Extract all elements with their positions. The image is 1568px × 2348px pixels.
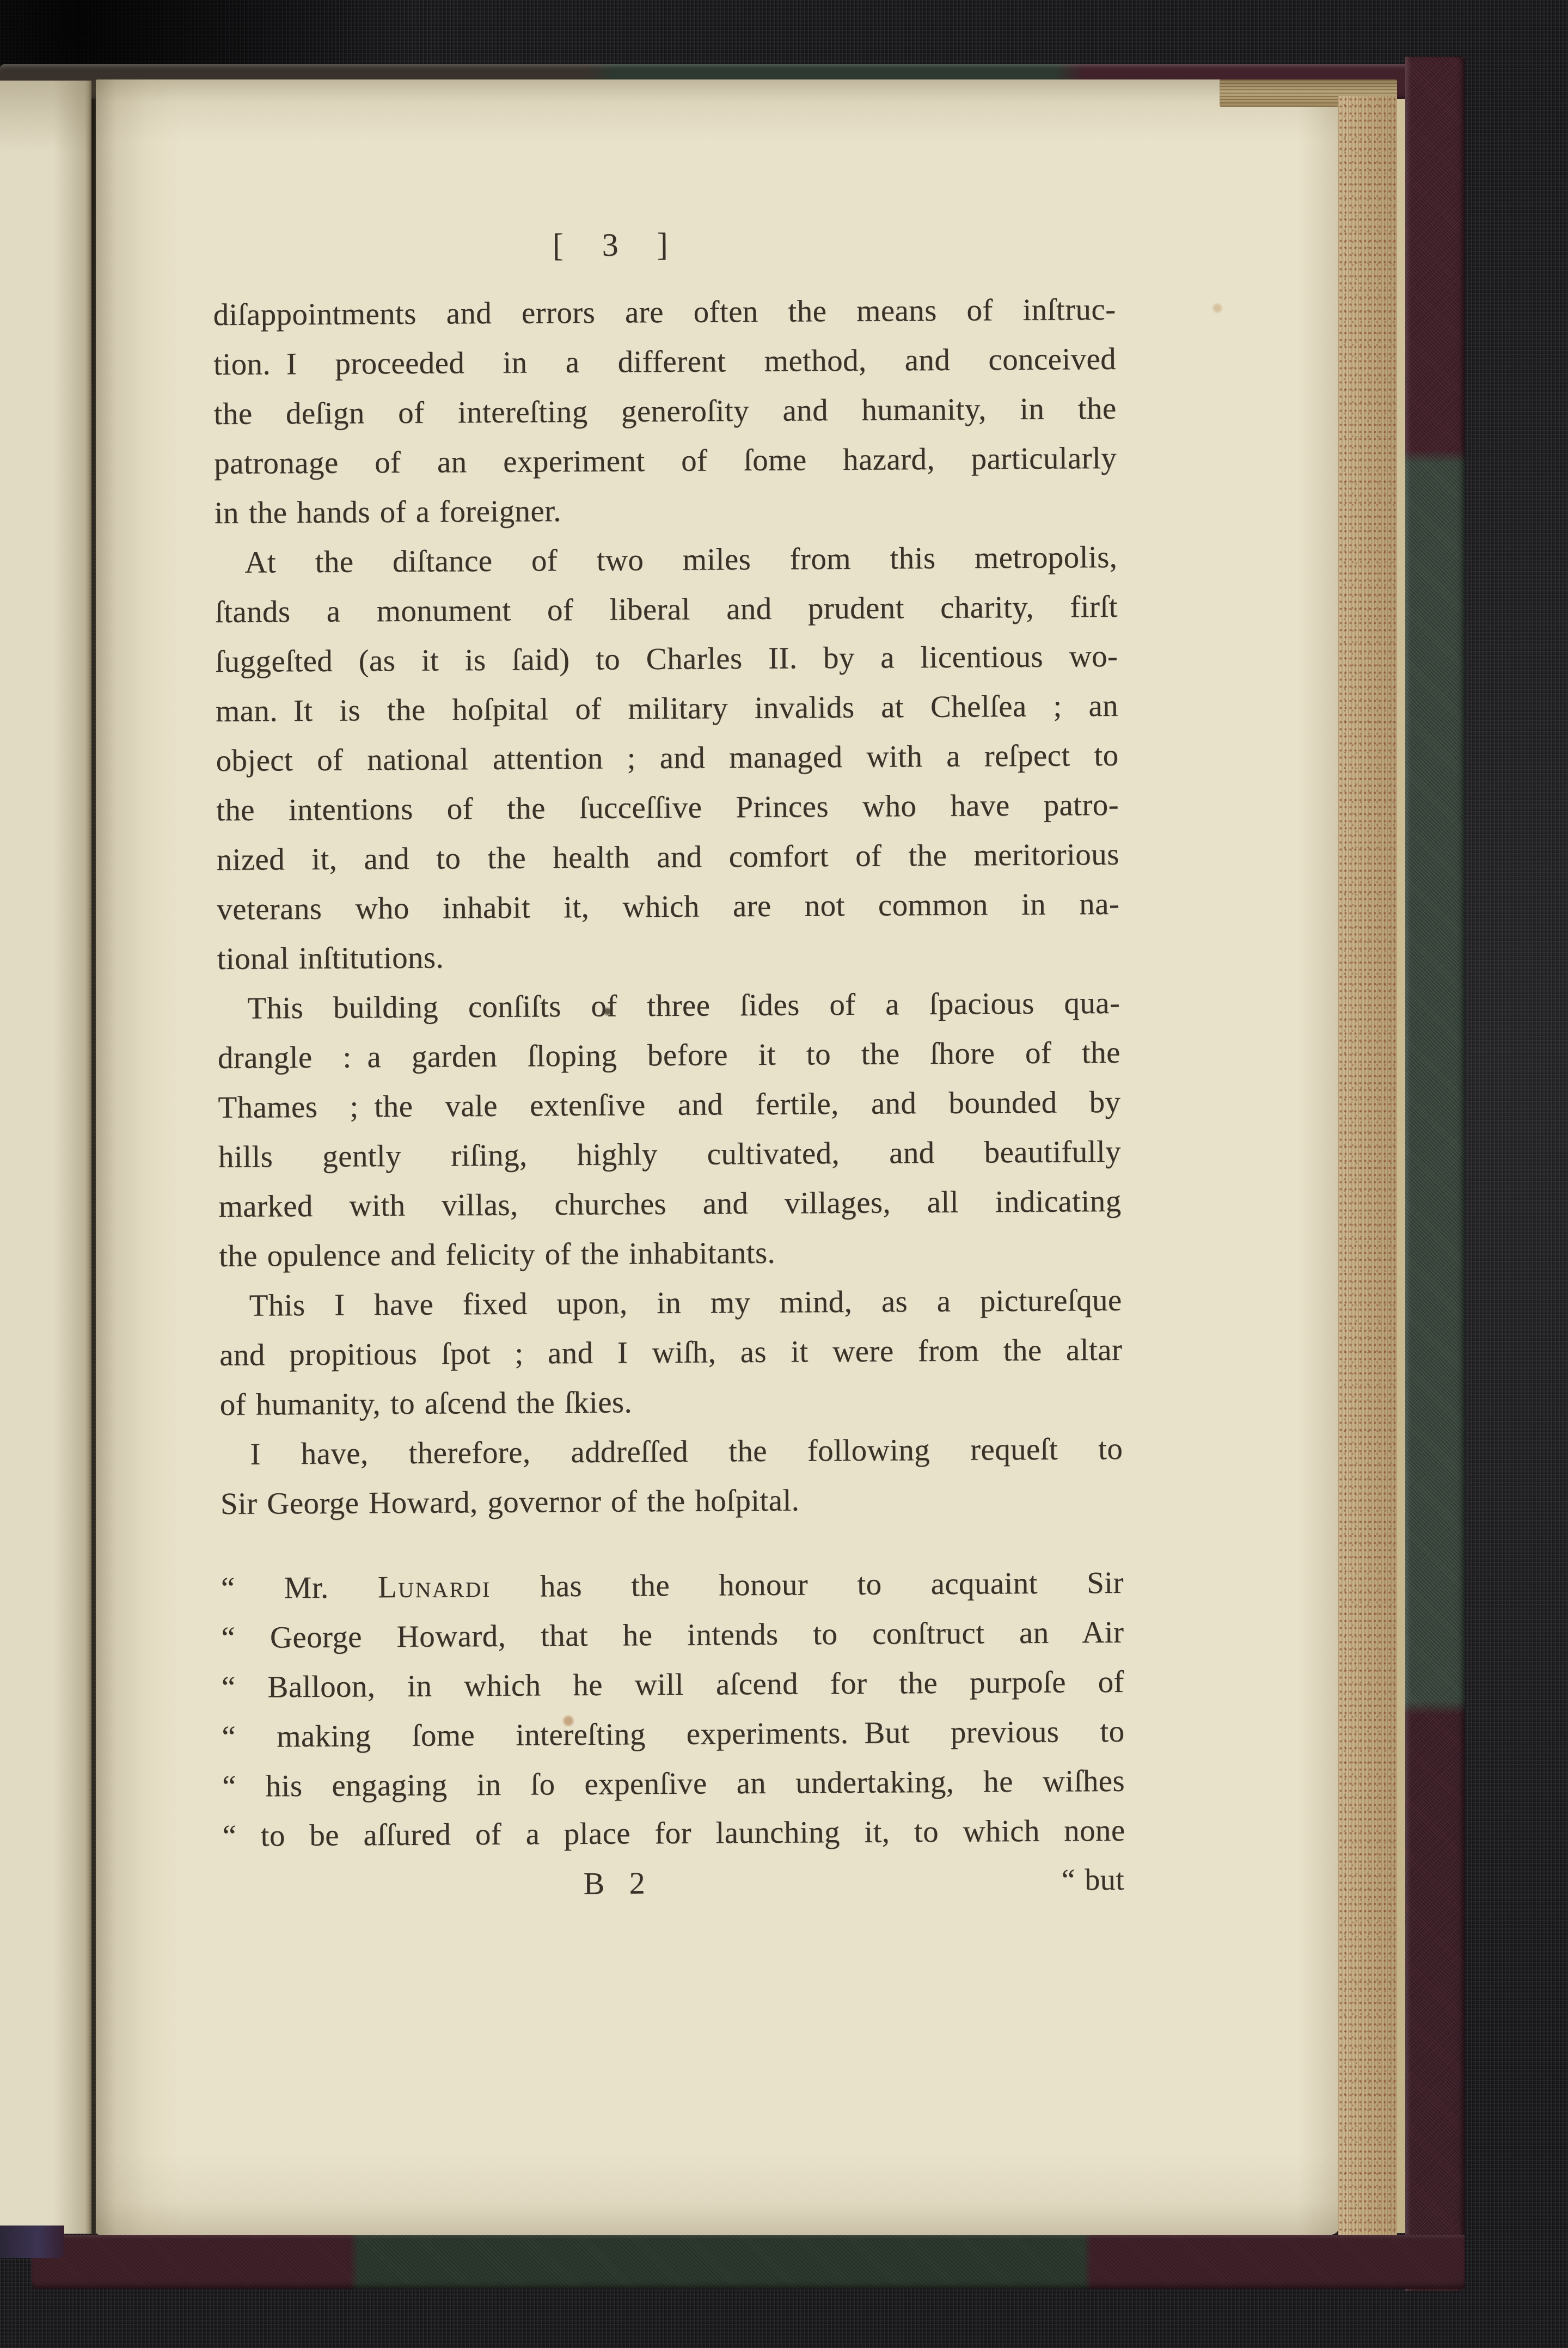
text-segment: “ his engaging in ſo expenſive an undert… [222,1764,1125,1804]
text-segment: the deſign of intereſting generoſity and… [213,391,1116,431]
binding-corner [0,2226,64,2258]
text-segment: the intentions of the ſucceſſive Princes… [216,788,1119,827]
text-segment: “ George Howard, that he intends to conſ… [221,1615,1124,1655]
text-line: “ making ſome intereſting experiments. B… [222,1707,1125,1762]
text-segment: tion. I proceeded in a different method,… [213,342,1116,382]
paragraph: I have, therefore, addreſſed the followi… [220,1424,1123,1529]
footer-row: B 2 “ but [223,1855,1126,1910]
book-photo: [ 3 ] diſappointments and errors are oft… [0,0,1568,2348]
text-segment: veterans who inhabit it, which are not c… [217,887,1119,927]
text-line: the opulence and felicity of the inhabit… [219,1226,1122,1281]
text-segment: and propitious ſpot ; and I wiſh, as it … [219,1333,1122,1372]
text-line: nized it, and to the health and comfort … [216,830,1119,885]
signature-mark: B 2 [583,1858,653,1908]
text-line: diſappointments and errors are often the… [213,285,1116,340]
text-line: tional inſtitutions. [217,929,1120,984]
text-line: This building conſiſts of three ſides of… [217,978,1120,1033]
paragraph: “ Mr. Lunardi has the honour to acquaint… [221,1558,1125,1861]
text-line: Sir George Howard, governor of the hoſpi… [220,1474,1124,1529]
text-line: the deſign of intereſting generoſity and… [213,384,1117,439]
text-line: ſuggeſted (as it is ſaid) to Charles II.… [215,632,1118,686]
text-segment: of humanity, to aſcend the ſkies. [220,1385,633,1422]
text-segment: the opulence and felicity of the inhabit… [219,1236,775,1273]
text-line: drangle : a garden ſloping before it to … [218,1028,1121,1083]
text-segment: nized it, and to the health and comfort … [216,837,1119,877]
text-line: “ George Howard, that he intends to conſ… [221,1608,1124,1663]
text-line: veterans who inhabit it, which are not c… [217,879,1120,934]
text-segment: has the honour to acquaint Sir [491,1566,1124,1604]
paragraph: This building conſiſts of three ſides of… [217,978,1122,1281]
text-segment: tional inſtitutions. [217,940,444,976]
page-fore-edge [1338,96,1397,2236]
text-segment: “ Mr. [221,1570,378,1605]
text-line: hills gently riſing, highly cultivated, … [218,1127,1122,1182]
text-line: “ Mr. Lunardi has the honour to acquaint… [221,1558,1124,1613]
text-segment: “ to be aſſured of a place for launching… [222,1813,1125,1853]
text-segment: in the hands of a foreigner. [215,494,562,530]
text-line: tion. I proceeded in a different method,… [213,334,1117,389]
small-caps-name: Lunardi [378,1570,491,1604]
text-line: in the hands of a foreigner. [214,483,1117,538]
text-line: “ to be aſſured of a place for launching… [222,1806,1125,1861]
text-segment: Sir George Howard, governor of the hoſpi… [220,1483,800,1521]
text-segment: I have, therefore, addreſſed the followi… [250,1432,1123,1472]
text-line: “ his engaging in ſo expenſive an undert… [222,1756,1125,1811]
text-segment: At the diſtance of two miles from this m… [244,540,1117,580]
text-line: This I have fixed upon, in my mind, as a… [219,1276,1122,1331]
text-line: At the diſtance of two miles from this m… [215,532,1118,587]
body-text: diſappointments and errors are often the… [213,285,1125,1910]
text-line: “ Balloon, in which he will aſcend for t… [222,1657,1125,1712]
paragraph: At the diſtance of two miles from this m… [215,532,1120,984]
text-segment: “ Balloon, in which he will aſcend for t… [222,1665,1124,1705]
cover-right-edge [1405,57,1465,2291]
text-segment: This building conſiſts of three ſides of… [247,986,1120,1026]
text-line: the intentions of the ſucceſſive Princes… [216,780,1119,835]
text-line: of humanity, to aſcend the ſkies. [219,1375,1123,1430]
text-segment: drangle : a garden ſloping before it to … [218,1035,1120,1075]
text-segment: This I have fixed upon, in my mind, as a… [249,1283,1122,1323]
text-segment: marked with villas, churches and village… [218,1184,1121,1224]
text-line: man. It is the hoſpital of military inva… [216,681,1119,736]
text-segment: patronage of an experiment of ſome hazar… [214,441,1117,481]
page-number: [ 3 ] [165,217,1068,272]
text-segment: ſtands a monument of liberal and prudent… [215,590,1118,629]
text-line: patronage of an experiment of ſome hazar… [214,433,1117,488]
text-line: Thames ; the vale extenſive and fertile,… [218,1077,1121,1132]
text-segment: man. It is the hoſpital of military inva… [216,689,1118,728]
paragraph: This I have fixed upon, in my mind, as a… [219,1276,1123,1430]
facing-page-edge [0,81,91,2234]
catchword: “ but [1061,1855,1124,1905]
text-segment: “ making ſome intereſting experiments. B… [222,1714,1124,1754]
text-segment: Thames ; the vale extenſive and fertile,… [218,1085,1120,1125]
endpaper-edge [1397,99,1405,2233]
text-segment: hills gently riſing, highly cultivated, … [218,1135,1121,1174]
text-segment: object of national attention ; and manag… [216,738,1118,778]
paragraph: diſappointments and errors are often the… [213,285,1117,538]
text-line: object of national attention ; and manag… [216,731,1119,786]
text-segment: ſuggeſted (as it is ſaid) to Charles II.… [215,639,1118,679]
text-line: marked with villas, churches and village… [218,1176,1122,1231]
text-line: and propitious ſpot ; and I wiſh, as it … [219,1325,1123,1380]
text-line: I have, therefore, addreſſed the followi… [220,1424,1123,1479]
cover-bottom-edge [32,2235,1465,2289]
text-segment: diſappointments and errors are often the… [213,292,1116,332]
text-line: ſtands a monument of liberal and prudent… [215,582,1118,637]
